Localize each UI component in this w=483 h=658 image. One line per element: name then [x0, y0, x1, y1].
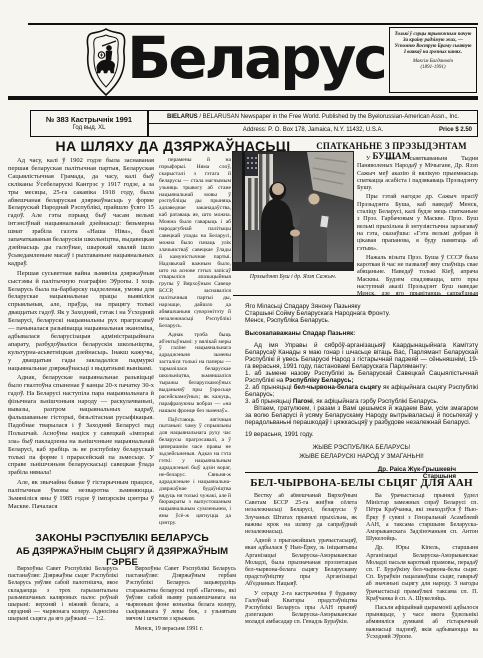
paragraph: Ва ўрачыстасьці прынялі ўдзел Міністар з… — [366, 493, 478, 543]
paragraph: Вестку аб абвешчанай Вярхоўным Саветам Б… — [245, 493, 357, 536]
law-date: Менск, 19 верасьня 1991 г. — [126, 626, 236, 633]
masthead-title: Беларус — [127, 24, 389, 92]
quote-line: І ваякаў на грозных канях. — [393, 50, 473, 56]
paragraph: Пры гэтай нагодзе др. Сажыч прасіў Прэзы… — [357, 193, 478, 251]
paragraph: Але, як звычайна бывае ў гістарычным пра… — [8, 479, 154, 511]
headline-laws-line2: АБ ДЗЯРЖАЎНЫМ СЬЦЯГУ Й ДЗЯРЖАЎНЫМ ГЭРБЕ — [8, 546, 236, 568]
paragraph: У часе сьвяткаваньня Тыдня Паняволеных Н… — [357, 155, 478, 191]
address-line-row: Address: P. O. Box 178, Jamaica, N.Y. 11… — [149, 124, 477, 136]
price-label: Price $ 2.50 — [439, 124, 472, 136]
letter-item: 1. аб зьмене назову Рэспублікі зь Белару… — [245, 370, 478, 384]
publisher-info-box: BIELARUS / BELARUSAN Newspaper in the Fr… — [148, 110, 478, 137]
paragraph: Першая сусьветная вайна зьмяніла дзяржаў… — [8, 270, 154, 373]
pahonia-crest-icon — [83, 28, 129, 96]
masthead-quote-box: Толькі ў сэрцы трывожным пачую За краіну… — [389, 27, 477, 93]
issue-info-box: № 383 Кастрычнік 1991 Год выд. XL — [30, 110, 148, 137]
letter-salutation: Высокапаважаны Спадар Пазьняк: — [245, 330, 478, 337]
photo-caption: Прэзыдэнт Буш і др. Язэп Сажыч. — [226, 274, 360, 280]
paragraph: Вярхоўны Савет Рэспублікі Беларусь паста… — [126, 566, 236, 624]
un-article-column-1: Вестку аб абвешчанай Вярхоўным Саветам Б… — [245, 493, 357, 655]
issue-number: № 383 Кастрычнік 1991 — [31, 115, 147, 124]
item-text: , як афіцыйнага гэрбу Рэспублікі Беларус… — [313, 398, 439, 405]
address-line: Address: P. O. Box 178, Jamaica, N.Y. 11… — [243, 127, 383, 133]
masthead-rule — [8, 96, 478, 100]
slogan: ЖЫВЕ БЕЛАРУСКІ НАРОД У ЗМАГАНЬНІ! — [245, 453, 478, 460]
letter-closing: Вітаем, гратулюем, і разам з Вамі цешымс… — [245, 405, 478, 426]
issue-volume: Год выд. XL — [31, 125, 147, 131]
flag-law-column: Вярхоўны Савет Рэспублікі Беларусь паста… — [8, 566, 118, 654]
publisher-rest: / BELARUSAN Newspaper in the Free World.… — [198, 114, 459, 120]
bush-article-column: У часе сьвяткаваньня Тыдня Паняволеных Н… — [357, 155, 478, 295]
slogan: ЖЫВЕ РЭСПУБЛІКА БЕЛАРУСЬ! — [245, 444, 478, 451]
paragraph: Вярхоўны Савет Рэспублікі Беларусь паста… — [8, 566, 118, 624]
paragraph: Пасьля афіцыйнай цырымоніі адбылося прын… — [366, 605, 478, 641]
letter-item: 2. аб прыняцьці бел-чырвона-белага сьцяг… — [245, 384, 478, 398]
letter-date: 19 верасьня, 1991 году. — [245, 431, 478, 438]
congratulation-letter: Яго Міласьці Спадару Зянону Пазьняку Ста… — [245, 303, 478, 480]
headline-laws-line1: ЗАКОНЫ РЭСПУБЛІКІ БЕЛАРУСЬ — [8, 532, 236, 544]
headline-flag-for-un: БЕЛ-ЧЫРВОНА-БЕЛЫ СЬЦЯГ ДЛЯ ААН — [245, 477, 478, 489]
item-bold: Пагоні — [293, 398, 313, 405]
paragraph: Адной з прыгажэйшых урачыстасьцяў, якая … — [245, 538, 357, 588]
paragraph: Паўстаюць лягічныя пытаньні: чаму ў спры… — [159, 417, 231, 525]
item-bold: бел-чырвона-белага сьцягу — [294, 384, 381, 391]
letter-item: 3. аб прыняцьці Пагоні, як афіцыйнага гэ… — [245, 398, 478, 405]
letter-addressee: Менск, Рэспубліка Беларусь. — [245, 317, 478, 324]
item-text: 2. аб прыняцьці — [245, 384, 294, 391]
item-text: 3. аб прыняцьці — [245, 398, 293, 405]
letter-body: Ад імя Управы й сябро́ў-арганізацыяў Каа… — [245, 342, 478, 370]
statehood-column-2: перамены й на пэрыфэрыі. Няма слоў, скар… — [159, 157, 231, 525]
paragraph: У сераду 2-га кастрычніка ў будынку Гало… — [245, 591, 357, 627]
paragraph: Ад часу, калі ў 1902 годзе была заснаван… — [8, 157, 154, 268]
publisher-name: BIELARUS — [167, 114, 198, 120]
paragraph: Аднак трэба быць аб'ектыўнымі: у вялікай… — [159, 332, 231, 415]
quote-author-years: (1891-1991) — [393, 65, 473, 71]
letter-addressee: Старшыні Сойму Беларускага Народнага Фро… — [245, 310, 478, 317]
section-divider — [233, 295, 478, 296]
statehood-column-1: Ад часу, калі ў 1902 годзе была заснаван… — [8, 157, 154, 525]
paragraph: перамены й на пэрыфэрыі. Няма слоў, скар… — [159, 157, 231, 330]
emblem-law-column: Вярхоўны Савет Рэспублікі Беларусь паста… — [126, 566, 236, 654]
newspaper-front-page: Беларус Толькі ў сэрцы трывожным пачую З… — [0, 0, 483, 658]
item-bold: Рэспубліку Беларусь; — [285, 377, 353, 384]
un-article-column-2: Ва ўрачыстасьці прынялі ўдзел Міністар з… — [366, 493, 478, 655]
paragraph: Др. Юры Кіпель, старшыня Арганізацыі Бел… — [366, 545, 478, 603]
paragraph: Нажаль візыта Прэз. Буша ў СССР была кар… — [357, 254, 478, 295]
section-divider — [245, 472, 478, 473]
bush-sazyc-handshake-photo — [233, 152, 353, 270]
paragraph: Аднак, беларускае нацыянальнае разьвіцьц… — [8, 374, 154, 477]
item-text: 1. аб зьмене назову Рэспублікі зь Белару… — [245, 370, 478, 384]
letter-addressee: Яго Міласьці Спадару Зянону Пазьняку — [245, 303, 478, 310]
publisher-line: BIELARUS / BELARUSAN Newspaper in the Fr… — [149, 111, 477, 124]
